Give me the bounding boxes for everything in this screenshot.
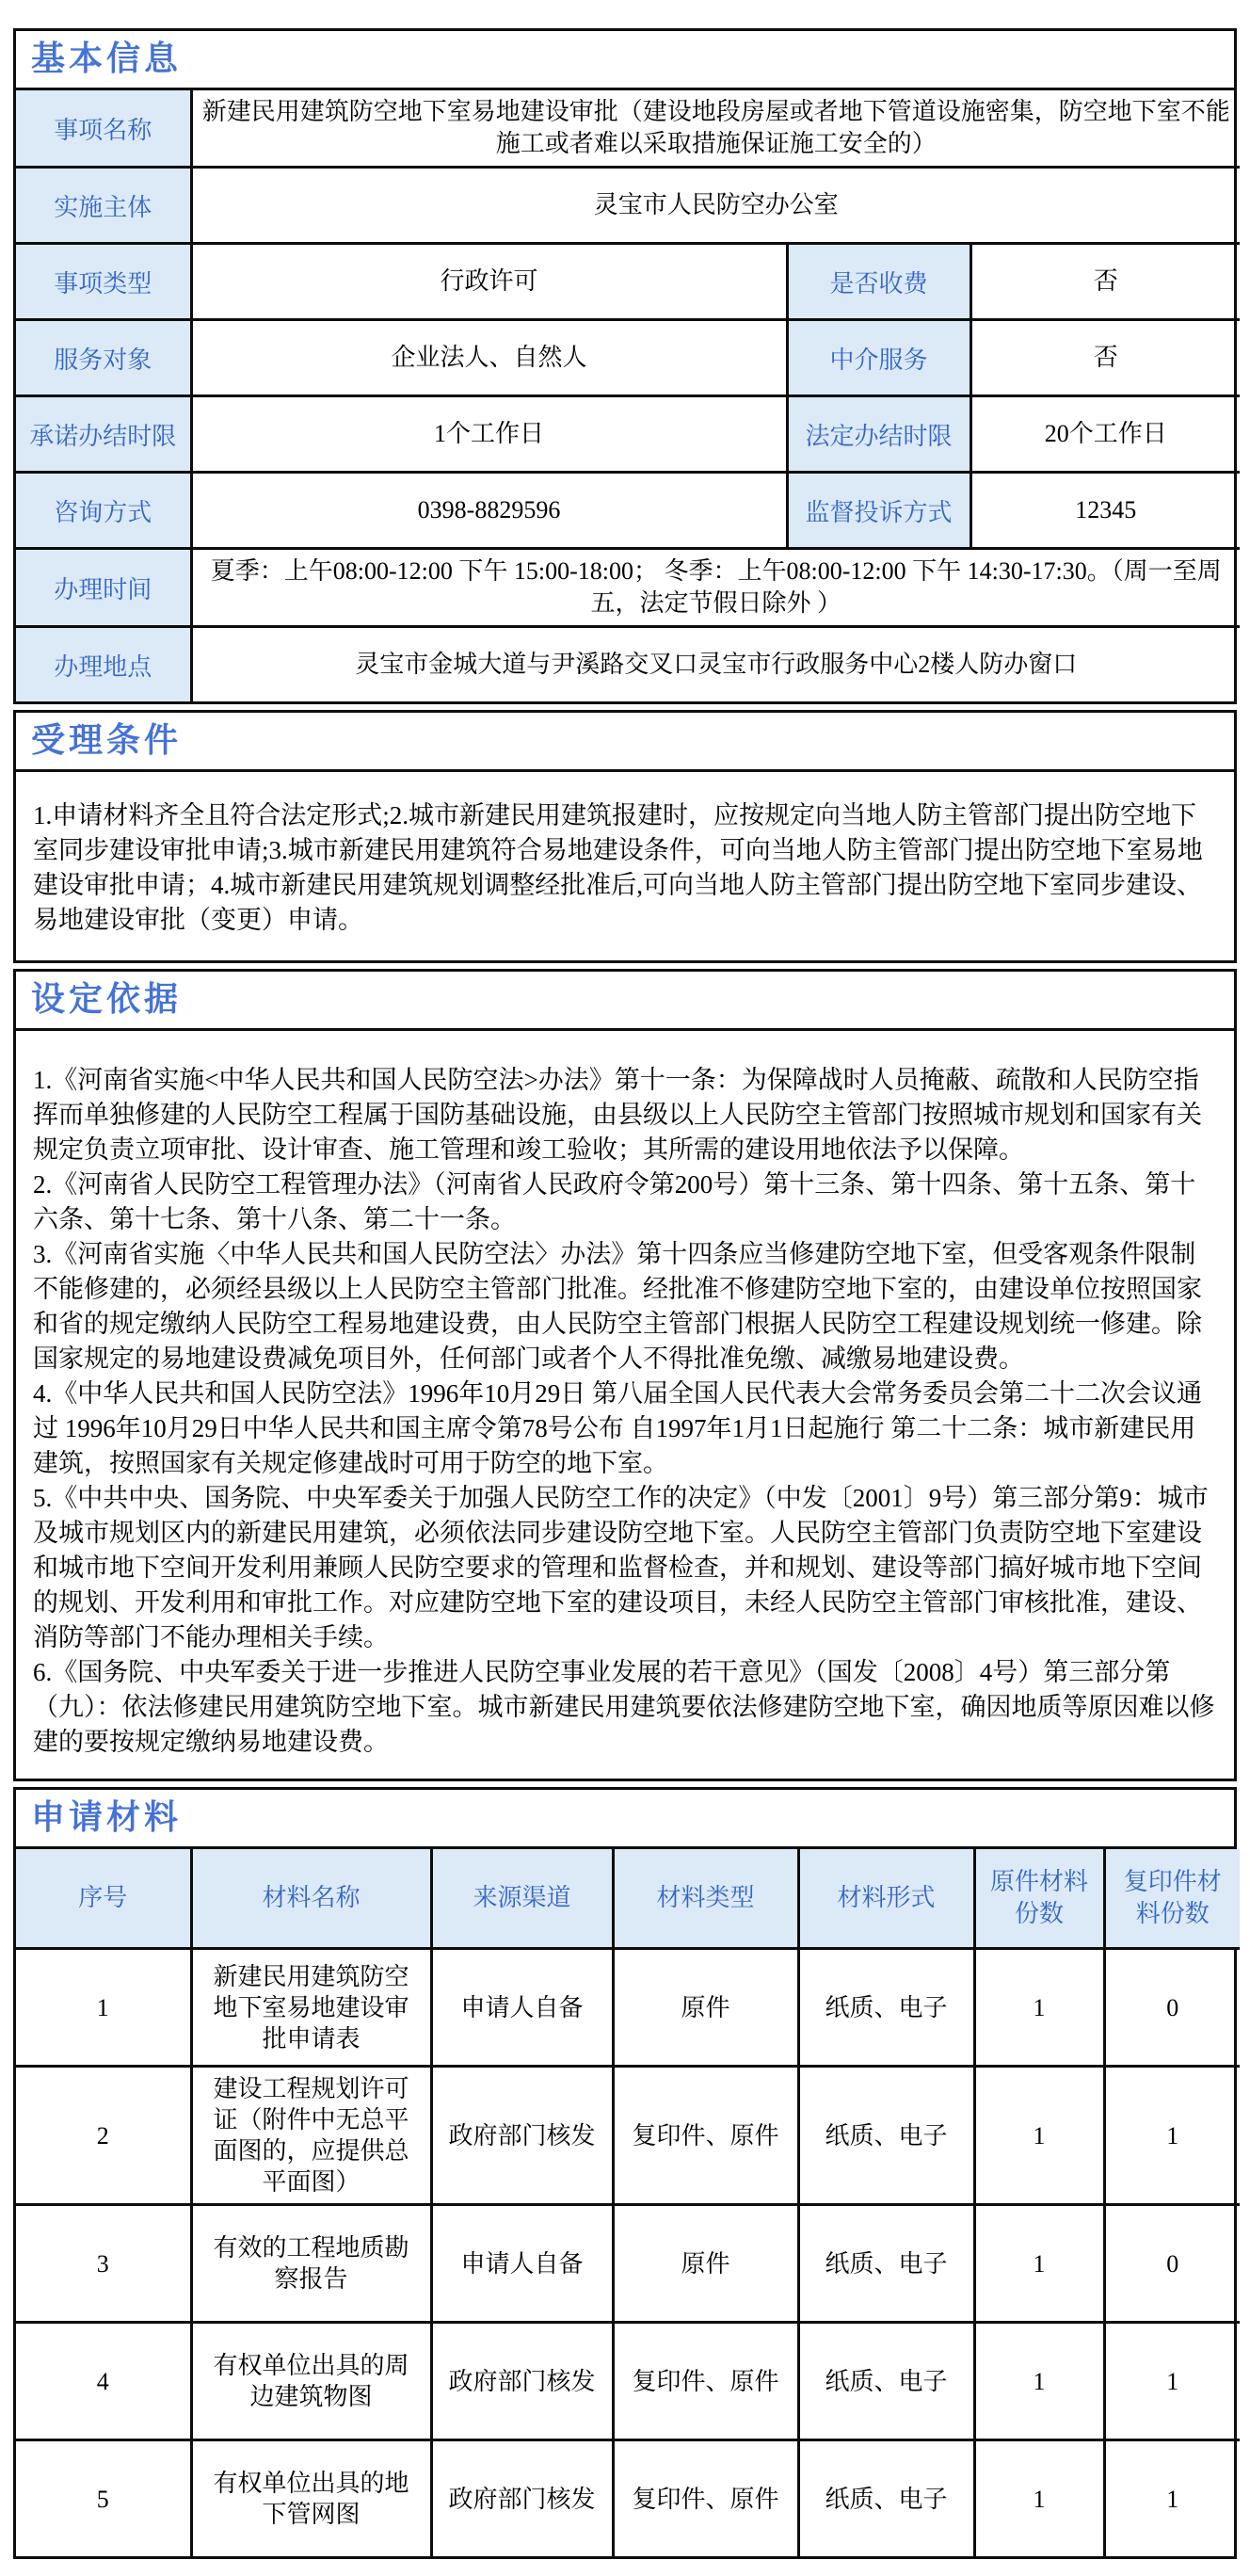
basis-section-title: 设定依据: [16, 972, 1234, 1028]
section-basis-content: 1.《河南省实施<中华人民共和国人民防空法>办法》第十一条：为保障战时人员掩蔽、…: [13, 1028, 1237, 1781]
material-form: 纸质、电子: [798, 2067, 974, 2205]
material-source: 申请人自备: [431, 2205, 613, 2323]
document-page: 基本信息 事项名称 新建民用建筑防空地下室易地建设审批（建设地段房屋或者地下管道…: [0, 0, 1250, 2576]
material-copy-count: 1: [1104, 2440, 1240, 2557]
table-row: 承诺办结时限 1个工作日 法定办结时限 20个工作日: [16, 396, 1240, 473]
basis-item: 3.《河南省实施〈中华人民共和国人民防空法〉办法》第十四条应当修建防空地下室，但…: [33, 1237, 1217, 1377]
material-name: 有效的工程地质勘察报告: [191, 2205, 431, 2323]
material-original-count: 1: [974, 2323, 1104, 2440]
material-serial: 1: [16, 1949, 191, 2067]
material-original-count: 1: [974, 2205, 1104, 2323]
value-fee-required: 否: [970, 244, 1240, 320]
column-header-material-name: 材料名称: [191, 1849, 431, 1949]
basic-info-section-title: 基本信息: [16, 31, 1234, 90]
basis-item: 5.《中共中央、国务院、中央军委关于加强人民防空工作的决定》（中发〔2001〕9…: [33, 1481, 1217, 1655]
material-name: 建设工程规划许可证（附件中无总平面图的，应提供总平面图）: [191, 2067, 431, 2205]
acceptance-section-title: 受理条件: [16, 713, 1234, 769]
label-item-name: 事项名称: [16, 90, 191, 168]
label-statutory-time-limit: 法定办结时限: [787, 396, 970, 473]
table-row: 2 建设工程规划许可证（附件中无总平面图的，应提供总平面图） 政府部门核发 复印…: [16, 2067, 1240, 2205]
material-name: 新建民用建筑防空地下室易地建设审批申请表: [191, 1949, 431, 2067]
section-materials-table: 序号 材料名称 来源渠道 材料类型 材料形式 原件材料份数 复印件材料份数 1 …: [13, 1846, 1237, 2559]
basic-info-table: 事项名称 新建民用建筑防空地下室易地建设审批（建设地段房屋或者地下管道设施密集，…: [16, 90, 1240, 701]
value-item-type: 行政许可: [191, 244, 787, 320]
column-header-material-type: 材料类型: [613, 1849, 798, 1949]
material-form: 纸质、电子: [798, 2323, 974, 2440]
value-office-hours: 夏季：上午08:00-12:00 下午 15:00-18:00； 冬季：上午08…: [191, 549, 1240, 627]
value-statutory-time-limit: 20个工作日: [970, 396, 1240, 473]
table-row: 咨询方式 0398-8829596 监督投诉方式 12345: [16, 473, 1240, 549]
material-source: 政府部门核发: [431, 2067, 613, 2205]
column-header-photocopy-copies: 复印件材料份数: [1104, 1849, 1240, 1949]
material-name: 有权单位出具的地下管网图: [191, 2440, 431, 2557]
column-header-serial-number: 序号: [16, 1849, 191, 1949]
material-type: 原件: [613, 2205, 798, 2323]
table-row: 事项类型 行政许可 是否收费 否: [16, 244, 1240, 320]
column-header-original-copies: 原件材料份数: [974, 1849, 1104, 1949]
material-source: 申请人自备: [431, 1949, 613, 2067]
material-name: 有权单位出具的周边建筑物图: [191, 2323, 431, 2440]
materials-table: 序号 材料名称 来源渠道 材料类型 材料形式 原件材料份数 复印件材料份数 1 …: [16, 1849, 1240, 2556]
table-row: 3 有效的工程地质勘察报告 申请人自备 原件 纸质、电子 1 0: [16, 2205, 1240, 2323]
material-original-count: 1: [974, 1949, 1104, 2067]
acceptance-conditions-text: 1.申请材料齐全且符合法定形式;2.城市新建民用建筑报建时，应按规定向当地人防主…: [33, 798, 1217, 938]
material-type: 原件: [613, 1949, 798, 2067]
label-fee-required: 是否收费: [787, 244, 970, 320]
basis-item: 6.《国务院、中央军委关于进一步推进人民防空事业发展的若干意见》（国发〔2008…: [33, 1655, 1217, 1760]
material-copy-count: 1: [1104, 2323, 1240, 2440]
table-row: 办理地点 灵宝市金城大道与尹溪路交叉口灵宝市行政服务中心2楼人防办窗口: [16, 627, 1240, 702]
material-copy-count: 1: [1104, 2067, 1240, 2205]
material-copy-count: 0: [1104, 2205, 1240, 2323]
material-form: 纸质、电子: [798, 2205, 974, 2323]
value-intermediary-service: 否: [970, 320, 1240, 396]
section-basic-info: 基本信息 事项名称 新建民用建筑防空地下室易地建设审批（建设地段房屋或者地下管道…: [13, 28, 1237, 704]
material-original-count: 1: [974, 2067, 1104, 2205]
column-header-source-channel: 来源渠道: [431, 1849, 613, 1949]
label-service-target: 服务对象: [16, 320, 191, 396]
table-row: 4 有权单位出具的周边建筑物图 政府部门核发 复印件、原件 纸质、电子 1 1: [16, 2323, 1240, 2440]
section-acceptance-content: 1.申请材料齐全且符合法定形式;2.城市新建民用建筑报建时，应按规定向当地人防主…: [13, 769, 1237, 963]
table-row: 服务对象 企业法人、自然人 中介服务 否: [16, 320, 1240, 396]
basis-item: 2.《河南省人民防空工程管理办法》（河南省人民政府令第200号）第十三条、第十四…: [33, 1167, 1217, 1237]
table-row: 事项名称 新建民用建筑防空地下室易地建设审批（建设地段房屋或者地下管道设施密集，…: [16, 90, 1240, 168]
material-type: 复印件、原件: [613, 2323, 798, 2440]
material-type: 复印件、原件: [613, 2440, 798, 2557]
value-item-name: 新建民用建筑防空地下室易地建设审批（建设地段房屋或者地下管道设施密集，防空地下室…: [191, 90, 1240, 168]
label-implementing-entity: 实施主体: [16, 168, 191, 244]
value-promised-time-limit: 1个工作日: [191, 396, 787, 473]
value-implementing-entity: 灵宝市人民防空办公室: [191, 168, 1240, 244]
value-complaint-hotline: 12345: [970, 473, 1240, 549]
table-row: 办理时间 夏季：上午08:00-12:00 下午 15:00-18:00； 冬季…: [16, 549, 1240, 627]
material-serial: 4: [16, 2323, 191, 2440]
material-form: 纸质、电子: [798, 1949, 974, 2067]
material-serial: 2: [16, 2067, 191, 2205]
material-source: 政府部门核发: [431, 2323, 613, 2440]
material-form: 纸质、电子: [798, 2440, 974, 2557]
table-row: 5 有权单位出具的地下管网图 政府部门核发 复印件、原件 纸质、电子 1 1: [16, 2440, 1240, 2557]
value-service-target: 企业法人、自然人: [191, 320, 787, 396]
materials-header-row: 序号 材料名称 来源渠道 材料类型 材料形式 原件材料份数 复印件材料份数: [16, 1849, 1240, 1949]
section-materials-title: 申请材料: [13, 1787, 1237, 1846]
section-acceptance-title: 受理条件: [13, 710, 1237, 769]
label-promised-time-limit: 承诺办结时限: [16, 396, 191, 473]
material-copy-count: 0: [1104, 1949, 1240, 2067]
label-item-type: 事项类型: [16, 244, 191, 320]
label-intermediary-service: 中介服务: [787, 320, 970, 396]
material-serial: 3: [16, 2205, 191, 2323]
material-original-count: 1: [974, 2440, 1104, 2557]
basis-item: 4.《中华人民共和国人民防空法》1996年10月29日 第八届全国人民代表大会常…: [33, 1377, 1217, 1481]
label-consultation-method: 咨询方式: [16, 473, 191, 549]
table-row: 1 新建民用建筑防空地下室易地建设审批申请表 申请人自备 原件 纸质、电子 1 …: [16, 1949, 1240, 2067]
label-complaint-method: 监督投诉方式: [787, 473, 970, 549]
value-consultation-phone: 0398-8829596: [191, 473, 787, 549]
label-office-location: 办理地点: [16, 627, 191, 702]
value-office-location: 灵宝市金城大道与尹溪路交叉口灵宝市行政服务中心2楼人防办窗口: [191, 627, 1240, 702]
material-type: 复印件、原件: [613, 2067, 798, 2205]
material-serial: 5: [16, 2440, 191, 2557]
label-office-hours: 办理时间: [16, 549, 191, 627]
section-basis-title: 设定依据: [13, 969, 1237, 1028]
basis-item: 1.《河南省实施<中华人民共和国人民防空法>办法》第十一条：为保障战时人员掩蔽、…: [33, 1063, 1217, 1167]
materials-section-title: 申请材料: [16, 1790, 1234, 1846]
table-row: 实施主体 灵宝市人民防空办公室: [16, 168, 1240, 244]
column-header-material-form: 材料形式: [798, 1849, 974, 1949]
material-source: 政府部门核发: [431, 2440, 613, 2557]
